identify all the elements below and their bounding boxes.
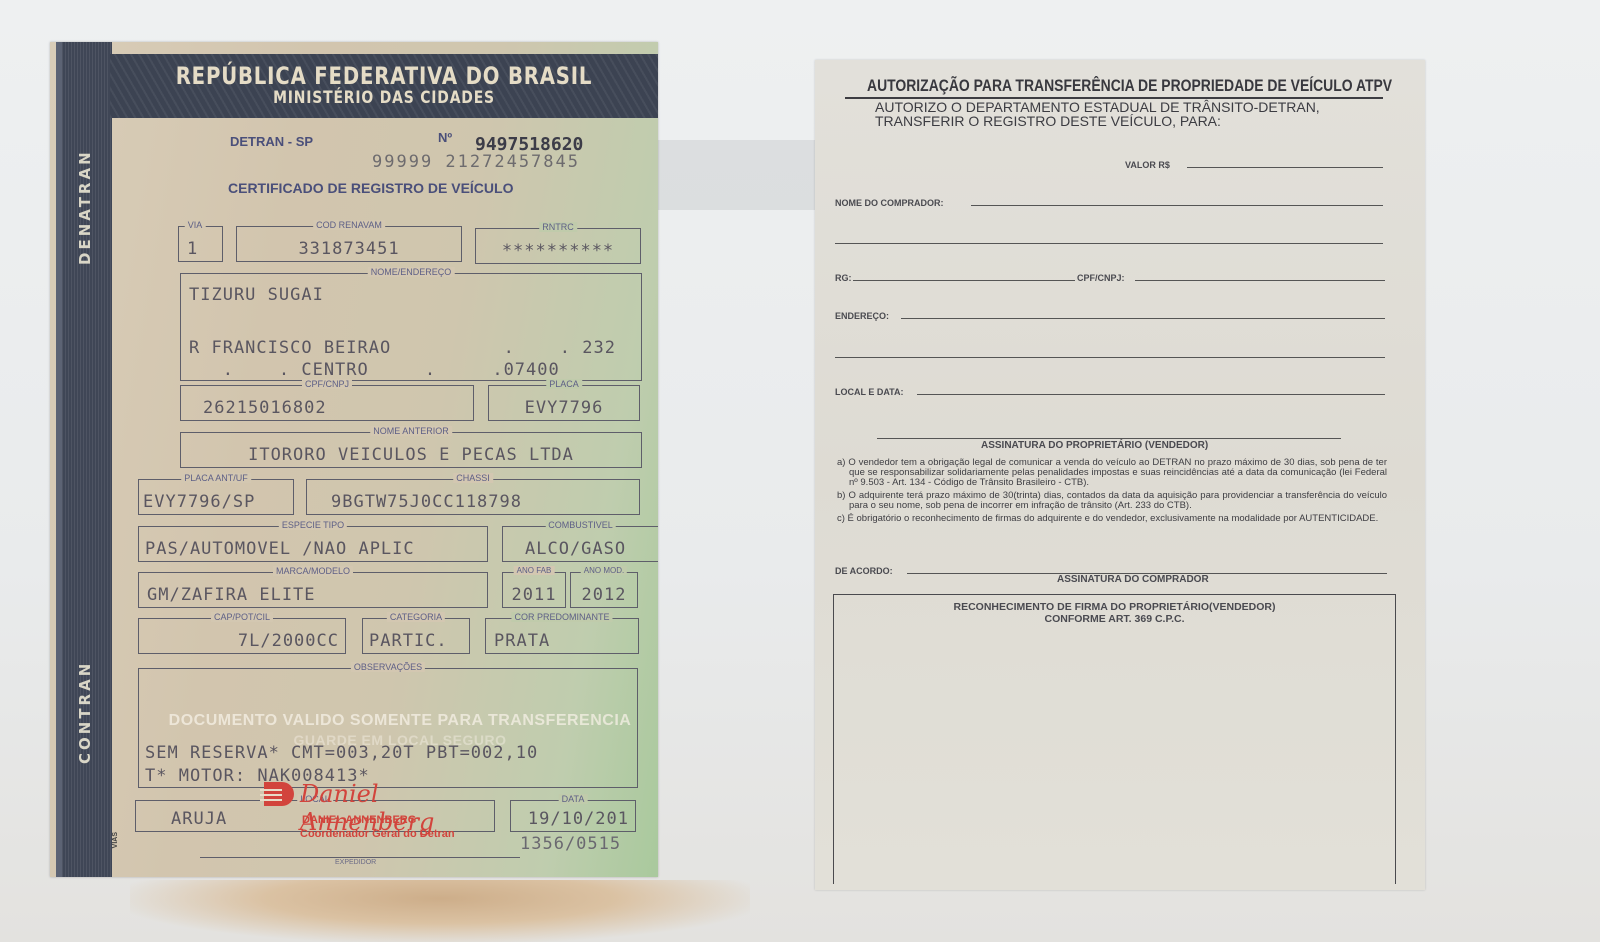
header-ministry: MINISTÉRIO DAS CIDADES xyxy=(159,88,608,108)
security-side-band: DENATRAN CONTRAN xyxy=(56,42,112,877)
rg-input-line[interactable] xyxy=(853,280,1075,281)
field-cpf-cnpj: CPF/CNPJ 26215016802 xyxy=(180,385,474,421)
field-make-model: MARCA/MODELO GM/ZAFIRA ELITE xyxy=(138,572,488,608)
owner-name: TIZURU SUGAI xyxy=(189,285,324,305)
number-label: Nº xyxy=(438,130,452,145)
field-previous-plate: PLACA ANT/UF EVY7796/SP xyxy=(138,479,294,515)
field-capacity: CAP/POT/CIL 7L/2000CC xyxy=(138,618,346,654)
seller-signature-line[interactable] xyxy=(877,438,1341,439)
serial-number: 99999 21272457845 xyxy=(372,152,580,172)
certificate-title: CERTIFICADO DE REGISTRO DE VEÍCULO xyxy=(228,180,513,196)
issuer-label: DETRAN - SP xyxy=(230,134,313,149)
buyer-signature-caption: ASSINATURA DO COMPRADOR xyxy=(1057,574,1209,585)
address-label: ENDEREÇO: xyxy=(835,311,889,321)
form-title: AUTORIZAÇÃO PARA TRANSFERÊNCIA DE PROPRI… xyxy=(867,76,1392,96)
issuer-label-small: EXPEDIDOR xyxy=(335,859,376,866)
cpf-input-line[interactable] xyxy=(1135,280,1385,281)
paper-stain xyxy=(130,880,750,942)
field-fuel: COMBUSTIVEL ALCO/GASO xyxy=(502,526,658,562)
rg-label: RG: xyxy=(835,273,852,283)
issuer-signature-line xyxy=(200,857,520,858)
vias-label: VIAS xyxy=(112,832,119,848)
side-label-contran: CONTRAN xyxy=(76,632,106,792)
seller-signature-caption: ASSINATURA DO PROPRIETÁRIO (VENDEDOR) xyxy=(981,440,1208,451)
note-b: b) O adquirente terá prazo máximo de 30(… xyxy=(837,491,1387,511)
owner-street: R FRANCISCO BEIRAO . . 232 xyxy=(189,338,616,358)
field-renavam: COD RENAVAM 331873451 xyxy=(236,226,462,262)
field-date: DATA 19/10/201 xyxy=(510,800,636,832)
detran-logo-icon xyxy=(260,780,296,808)
address-input-line[interactable] xyxy=(901,318,1385,319)
field-previous-owner: NOME ANTERIOR ITORORO VEICULOS E PECAS L… xyxy=(180,432,642,468)
side-label-denatran: DENATRAN xyxy=(76,132,106,282)
note-c: c) É obrigatório o reconhecimento de fir… xyxy=(837,514,1387,524)
cpf-label: CPF/CNPJ: xyxy=(1077,273,1125,283)
field-name-address: NOME/ENDEREÇO TIZURU SUGAI R FRANCISCO B… xyxy=(180,273,642,381)
transfer-authorization-form: AUTORIZAÇÃO PARA TRANSFERÊNCIA DE PROPRI… xyxy=(815,60,1425,890)
buyer-name-input-line[interactable] xyxy=(971,205,1383,206)
owner-district: . . CENTRO . .07400 xyxy=(189,360,560,380)
background-shadow xyxy=(640,140,840,210)
value-label: VALOR R$ xyxy=(1125,160,1170,170)
authorization-intro: AUTORIZO O DEPARTAMENTO ESTADUAL DE TRÂN… xyxy=(875,100,1320,128)
value-input-line[interactable] xyxy=(1187,167,1383,168)
sequence-number: 1356/0515 xyxy=(520,834,621,854)
vehicle-registration-certificate: DENATRAN CONTRAN REPÚBLICA FEDERATIVA DO… xyxy=(50,42,658,877)
place-date-label: LOCAL E DATA: xyxy=(835,387,904,397)
note-a: a) O vendedor tem a obrigação legal de c… xyxy=(837,458,1387,488)
field-color: COR PREDOMINANTE PRATA xyxy=(485,618,639,654)
watermark-transfer-only: DOCUMENTO VALIDO SOMENTE PARA TRANSFEREN… xyxy=(150,712,650,730)
buyer-name-label: NOME DO COMPRADOR: xyxy=(835,198,944,208)
agreement-label: DE ACORDO: xyxy=(835,566,893,576)
address-line-2[interactable] xyxy=(835,357,1385,358)
field-plate: PLACA EVY7796 xyxy=(488,385,640,421)
legal-notes: a) O vendedor tem a obrigação legal de c… xyxy=(837,458,1387,527)
recognition-title: RECONHECIMENTO DE FIRMA DO PROPRIETÁRIO(… xyxy=(834,601,1395,625)
field-category: CATEGORIA PARTIC. xyxy=(362,618,470,654)
field-rntrc: RNTRC ********** xyxy=(475,228,641,264)
field-species-type: ESPECIE TIPO PAS/AUTOMOVEL /NAO APLIC xyxy=(138,526,488,562)
field-year-manufacture: ANO FAB 2011 xyxy=(502,572,566,608)
field-year-model: ANO MOD. 2012 xyxy=(570,572,638,608)
signatory-name: DANIEL ANNENBERG xyxy=(302,814,416,826)
field-via: VIA 1 xyxy=(178,226,223,262)
signatory-role: Coordenador Geral do Detran xyxy=(300,828,455,840)
place-date-input-line[interactable] xyxy=(917,394,1385,395)
certificate-header: REPÚBLICA FEDERATIVA DO BRASIL MINISTÉRI… xyxy=(110,54,658,118)
buyer-name-line-2[interactable] xyxy=(835,243,1383,244)
signature-recognition-box: RECONHECIMENTO DE FIRMA DO PROPRIETÁRIO(… xyxy=(833,594,1396,884)
field-chassis: CHASSI 9BGTW75J0CC118798 xyxy=(306,479,640,515)
header-republic: REPÚBLICA FEDERATIVA DO BRASIL xyxy=(159,62,608,90)
